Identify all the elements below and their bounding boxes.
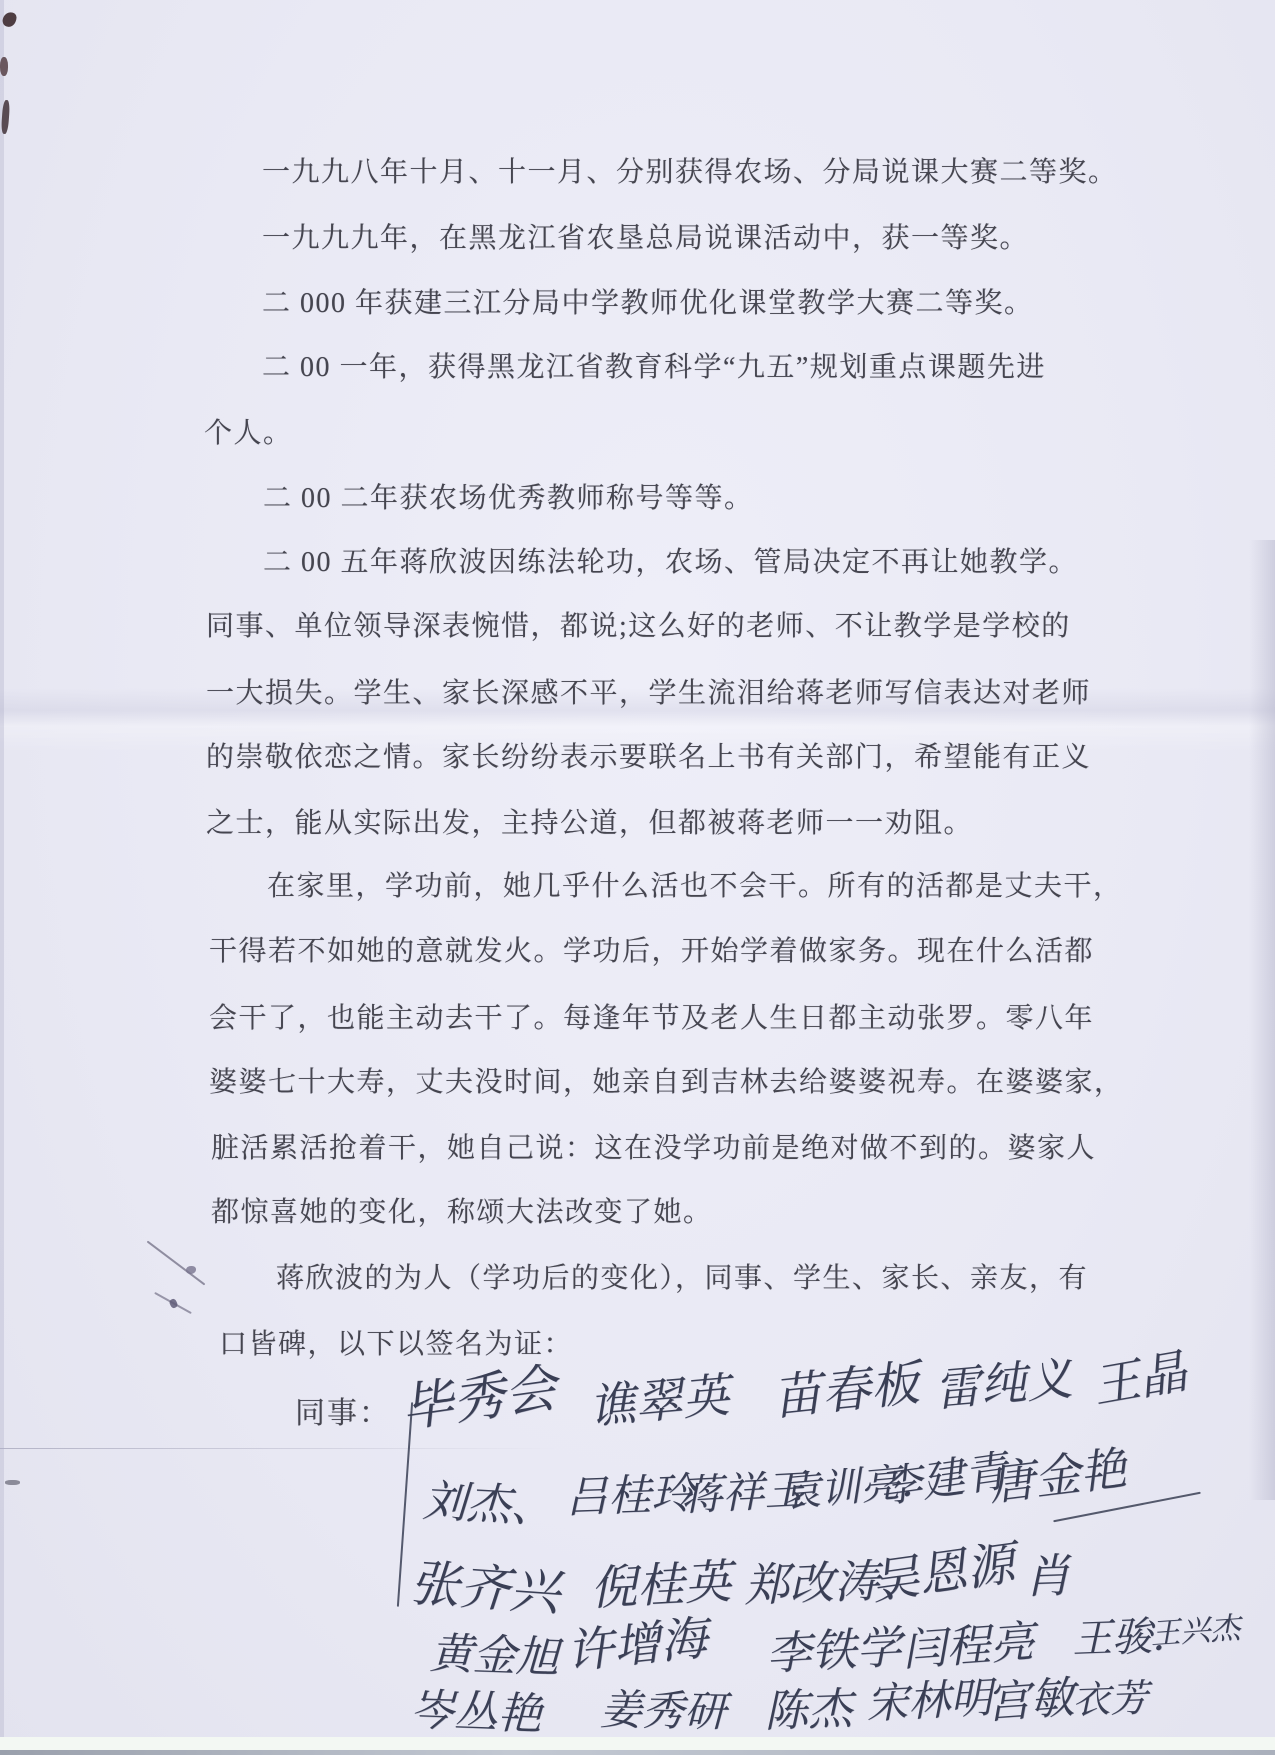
signature: 刘杰、 (421, 1465, 556, 1536)
pencil-smudge (147, 1241, 206, 1286)
signature: 雷纯义 (931, 1342, 1074, 1420)
typed-line: 二 00 五年蒋欣波因练法轮功，农场、管局决定不再让她教学。 (263, 540, 1163, 580)
typed-line: 一九九八年十月、十一月、分别获得农场、分局说课大赛二等奖。 (262, 150, 1162, 190)
colleagues-label: 同事： (295, 1388, 391, 1432)
signature: 谯翠英 (585, 1358, 731, 1437)
scan-bottom-strip (0, 1737, 1275, 1750)
page-left-edge (0, 0, 4, 1755)
signature: 衣芳 (1071, 1667, 1149, 1725)
edge-ink-mark (1, 100, 10, 134)
signature: 陈杰 (763, 1672, 853, 1739)
typed-line: 二 000 年获建三江分局中学教师优化课堂教学大赛二等奖。 (262, 281, 1162, 321)
edge-ink-mark (0, 57, 8, 76)
typed-line: 干得若不如她的意就发火。学功后，开始学着做家务。现在什么活都 (209, 929, 1109, 969)
typed-line: 都惊喜她的变化，称颂大法改变了她。 (211, 1190, 1111, 1230)
ink-smudge (186, 1266, 196, 1274)
edge-ink-mark (5, 1480, 20, 1485)
typed-line: 婆婆七十大寿，丈夫没时间，她亲自到吉林去给婆婆祝寿。在婆婆家， (209, 1060, 1109, 1100)
signature: 宫敏 (984, 1661, 1076, 1731)
signature: 姜秀研 (599, 1677, 726, 1739)
typed-line: 的崇敬依恋之情。家长纷纷表示要联名上书有关部门，希望能有正义 (206, 735, 1106, 775)
signature: 唐金艳 (984, 1432, 1129, 1514)
typed-line: 二 00 一年，获得黑龙江省教育科学“九五”规划重点课题先进 (262, 345, 1162, 385)
scanned-paper-page: 一九九八年十月、十一月、分别获得农场、分局说课大赛二等奖。 一九九九年，在黑龙江… (0, 0, 1275, 1755)
fold-crease-line (0, 1448, 560, 1449)
page-edge-shadow (1249, 540, 1275, 1500)
signature: 肖 (1023, 1539, 1071, 1607)
typed-line: 会干了，也能主动去干了。每逢年节及老人生日都主动张罗。零八年 (209, 996, 1109, 1036)
ink-smudge (168, 1298, 178, 1309)
typed-line: 一九九九年，在黑龙江省农垦总局说课活动中，获一等奖。 (262, 216, 1162, 256)
signature: 许增海 (563, 1601, 710, 1682)
typed-line: 一大损失。学生、家长深感不平，学生流泪给蒋老师写信表达对老师 (206, 671, 1106, 711)
signature: 吴恩源 (866, 1524, 1018, 1612)
typed-line: 二 00 二年获农场优秀教师称号等等。 (263, 476, 1163, 516)
typed-line: 个人。 (204, 411, 1104, 451)
scan-bottom-edge (0, 1750, 1275, 1755)
typed-line: 之士，能从实际出发，主持公道，但都被蒋老师一一劝阻。 (206, 801, 1106, 841)
signature: 吕桂玲 (564, 1460, 695, 1525)
typed-line: 同事、单位领导深表惋惜，都说;这么好的老师、不让教学是学校的 (206, 604, 1106, 644)
signature: 苗春板 (769, 1345, 923, 1430)
typed-line: 脏活累活抢着干，她自己说：这在没学功前是绝对做不到的。婆家人 (211, 1126, 1111, 1166)
signature: 王兴杰 (1149, 1603, 1242, 1653)
typed-line: 在家里，学功前，她几乎什么活也不会干。所有的活都是丈夫干， (267, 864, 1167, 904)
typed-line: 蒋欣波的为人（学功后的变化），同事、学生、家长、亲友，有 (276, 1256, 1176, 1296)
signature: 岑丛艳 (409, 1674, 543, 1743)
signature: 宋林明 (865, 1665, 994, 1732)
signature: 张齐兴 (408, 1543, 563, 1625)
